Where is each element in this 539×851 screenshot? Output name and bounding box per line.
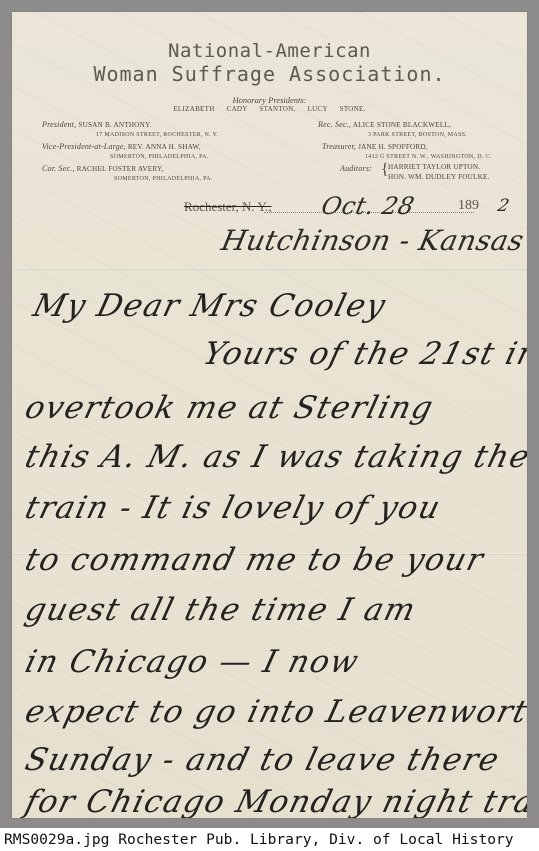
officer-rec-sec: Rec. Sec., Alice Stone Blackwell,: [318, 120, 451, 129]
letterhead-title-line1: National-American: [12, 40, 527, 62]
officer-name: Rachel Foster Avery,: [77, 165, 164, 173]
officer-address: Somerton, Philadelphia, Pa.: [114, 176, 213, 182]
handwritten-location: Hutchinson - Kansas: [218, 224, 527, 257]
printed-year: 189: [458, 198, 479, 214]
letterhead-title-line2: Woman Suffrage Association.: [12, 62, 527, 86]
body-line: overtook me at Sterling: [22, 390, 438, 426]
officer-role: Treasurer,: [322, 142, 356, 151]
body-line: for Chicago Monday night train: [22, 784, 527, 818]
officer-treasurer: Treasurer, Jane H. Spofford,: [322, 142, 428, 151]
auditor-name: Hon. Wm. Dudley Foulke.: [388, 173, 490, 181]
letter-page: National-American Woman Suffrage Associa…: [12, 12, 527, 818]
body-line: to command me to be your: [22, 542, 488, 578]
struck-place: Rochester, N. Y.,: [184, 199, 272, 215]
body-line: train - It is lovely of you: [22, 490, 445, 526]
body-line: in Chicago — I now: [22, 644, 364, 680]
officer-address: 3 Park Street, Boston, Mass.: [368, 132, 467, 138]
officer-name: Susan B. Anthony.: [78, 121, 151, 129]
officer-role: Vice-President-at-Large,: [42, 142, 126, 151]
officer-vice-president: Vice-President-at-Large, Rev. Anna H. Sh…: [42, 142, 201, 151]
body-line: this A. M. as I was taking the: [22, 439, 527, 475]
body-line: expect to go into Leavenworth: [22, 694, 527, 730]
officer-role: Cor. Sec.,: [42, 164, 75, 173]
body-line: Yours of the 21st inst: [200, 336, 527, 372]
salutation: My Dear Mrs Cooley: [30, 288, 391, 324]
body-line: Sunday - and to leave there: [22, 742, 504, 778]
officer-cor-sec: Cor. Sec., Rachel Foster Avery,: [42, 164, 163, 173]
auditor-name: Harriet Taylor Upton.: [388, 163, 480, 171]
honorary-presidents-names: ELIZABETH CADY STANTON, LUCY STONE.: [12, 105, 527, 113]
officer-name: Rev. Anna H. Shaw,: [128, 143, 201, 151]
auditor-name-2: Hon. Wm. Dudley Foulke.: [388, 173, 490, 181]
officer-address: Somerton, Philadelphia, Pa.: [110, 154, 209, 160]
officer-name: Jane H. Spofford,: [358, 143, 428, 151]
image-caption: RMS0029a.jpg Rochester Pub. Library, Div…: [4, 829, 539, 851]
handwritten-year-digit: 2: [496, 196, 512, 216]
officer-address: 17 Madison Street, Rochester, N. Y.: [96, 132, 218, 138]
officer-role: Rec. Sec.,: [318, 120, 351, 129]
officer-address: 1412 G Street N. W., Washington, D. C.: [365, 154, 492, 160]
handwritten-date: Oct. 28: [319, 192, 417, 220]
officer-name: Alice Stone Blackwell,: [353, 121, 451, 129]
officer-role: President,: [42, 120, 76, 129]
fold-line: [12, 268, 527, 270]
officer-role: Auditors:: [340, 164, 372, 173]
body-line: guest all the time I am: [22, 592, 421, 628]
officer-auditors: Auditors:: [340, 164, 372, 173]
officer-president: President, Susan B. Anthony.: [42, 120, 152, 129]
honorary-presidents-label: Honorary Presidents:: [12, 95, 527, 105]
auditor-name-1: Harriet Taylor Upton.: [388, 163, 480, 171]
